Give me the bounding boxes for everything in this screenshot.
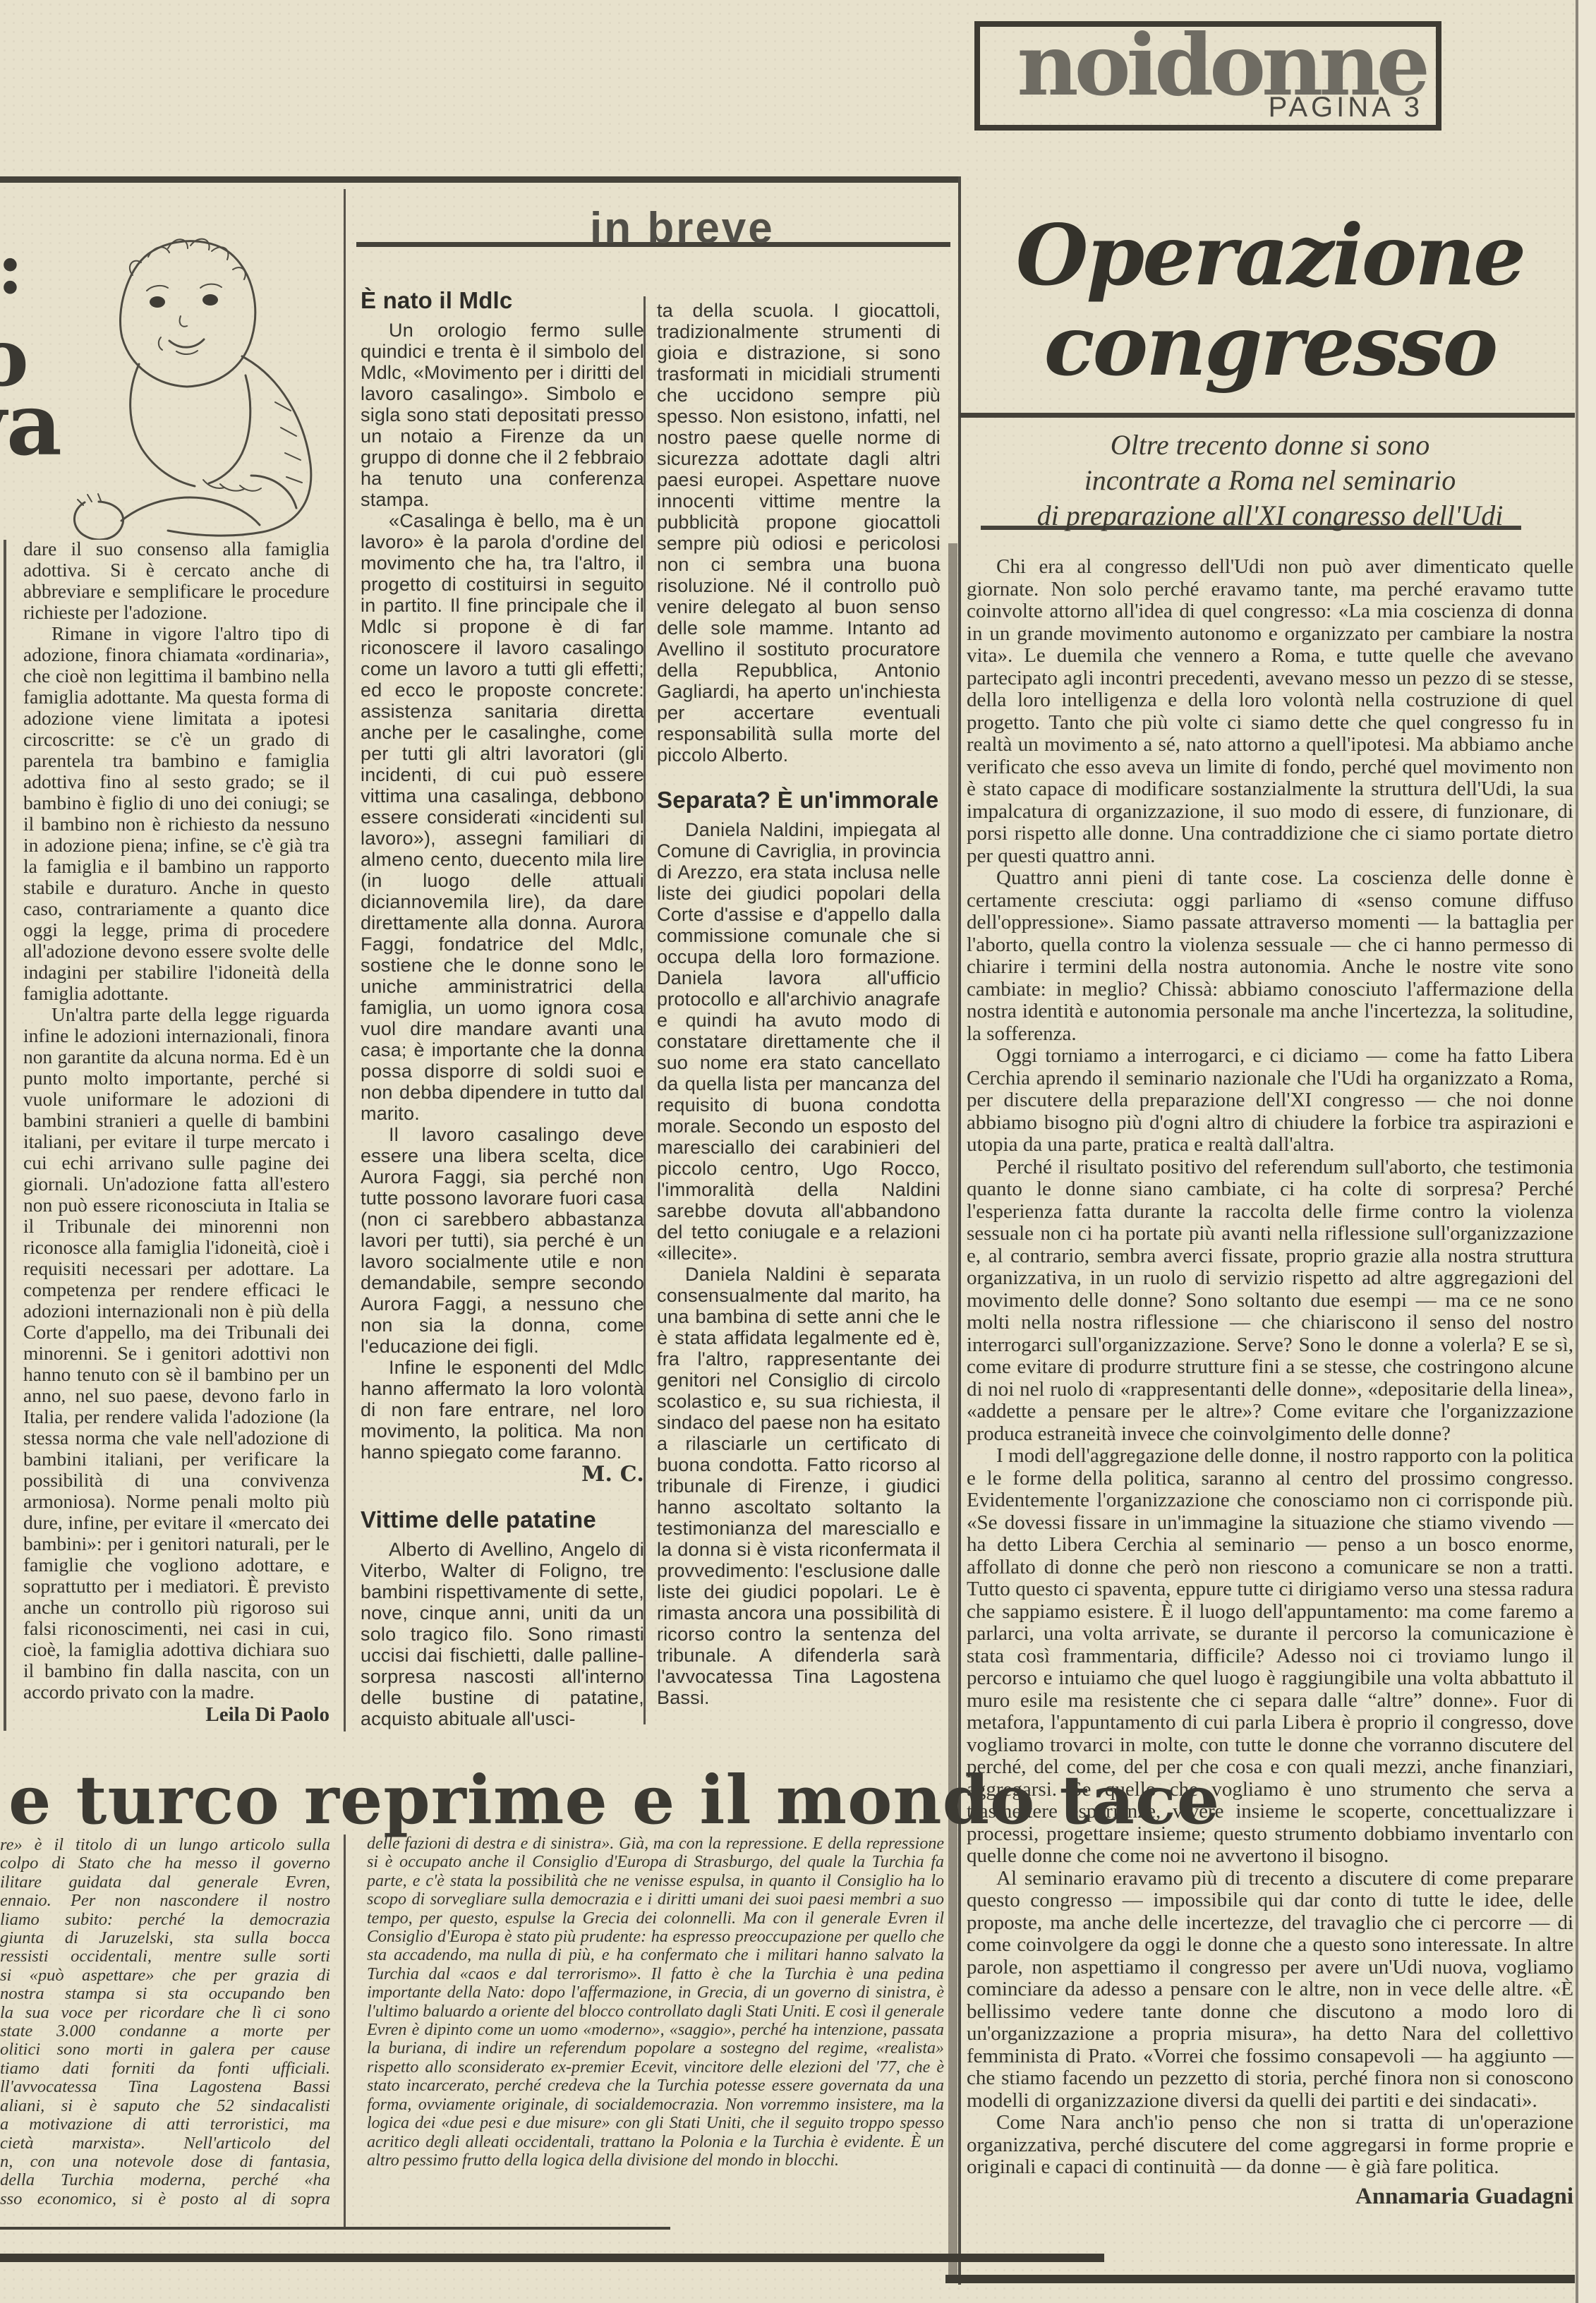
congress-article-text: Chi era al congresso dell'Udi non può av… — [967, 556, 1573, 2278]
adoption-article-text: dare il suo consenso alla famiglia adott… — [23, 538, 330, 1725]
divider-bottom-cols — [344, 1834, 346, 2227]
article-mdlc-paragraphs: Un orologio fermo sulle quindici e trent… — [361, 320, 644, 1463]
scan-shadow-band — [948, 543, 957, 2283]
divider-right-column — [958, 176, 961, 2285]
article-title-mdlc: È nato il Mdlc — [361, 287, 644, 314]
adoption-signature: Leila Di Paolo — [23, 1704, 330, 1725]
left-edge-rule — [4, 540, 6, 1731]
newspaper-page: noidonne PAGINA 3 : o va — [0, 0, 1596, 2303]
article-separata-paragraphs: Daniela Naldini, impiegata al Comune di … — [657, 819, 941, 1708]
congress-headline-line1: Operazione — [965, 210, 1575, 301]
congress-headline: Operazione congresso — [965, 210, 1575, 391]
article-patatine-paragraphs: Alberto di Avellino, Angelo di Viterbo, … — [361, 1539, 644, 1729]
page-right-margin — [1578, 0, 1596, 2303]
bottom-thick-rule — [0, 2254, 1104, 2262]
turkey-column-1: re» è il titolo di un lungo articolo sul… — [0, 1836, 330, 2208]
cut-headline-fragment-colon: : — [0, 233, 23, 303]
congress-subtitle: Oltre trecento donne si sono incontrate … — [965, 428, 1575, 533]
turkey-column-2: delle fazioni di destra e di sinistra». … — [367, 1834, 944, 2170]
adoption-paragraphs: dare il suo consenso alla famiglia adott… — [23, 538, 330, 1703]
inbreve-column-2: ta della scuola. I giocattoli, tradizion… — [657, 300, 941, 1708]
top-rule — [0, 176, 958, 183]
turkey-headline: e turco reprime e il mondo tace — [8, 1761, 1220, 1839]
bottom-thin-rule — [0, 2227, 670, 2230]
congress-paragraphs: Chi era al congresso dell'Udi non può av… — [967, 556, 1573, 2179]
congress-signature: Annamaria Guadagni — [967, 2186, 1573, 2208]
baby-illustration — [42, 226, 330, 540]
divider-left-inbreve — [344, 189, 346, 1731]
page-number: PAGINA 3 — [1269, 92, 1423, 123]
article-patatine-continuation: ta della scuola. I giocattoli, tradizion… — [657, 300, 941, 766]
inbreve-section-title: in breve — [590, 203, 775, 253]
inbreve-column-1: È nato il Mdlc Un orologio fermo sulle q… — [361, 287, 644, 1729]
congress-headline-line2: congresso — [965, 301, 1575, 391]
article-title-patatine: Vittime delle patatine — [361, 1506, 644, 1533]
masthead-box: noidonne PAGINA 3 — [974, 21, 1441, 131]
article-title-separata: Separata? È un'immorale — [657, 787, 941, 814]
article-mdlc-signature: M. C. — [361, 1464, 644, 1485]
congress-subtitle-rule-top — [960, 413, 1575, 418]
